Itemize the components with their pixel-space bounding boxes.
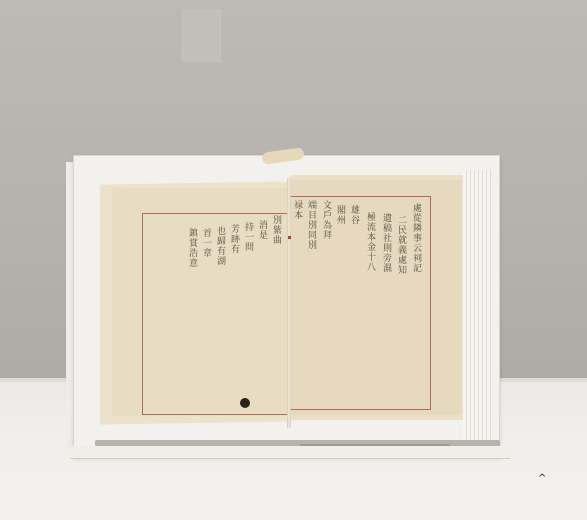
- manuscript-column: 遺稿社則旁濕: [382, 213, 391, 273]
- manuscript-column: 持一問: [244, 222, 253, 252]
- manuscript-title: 處從隣事云祠記: [412, 203, 421, 273]
- manuscript-column: 閣州: [336, 205, 345, 225]
- manuscript-column: 也歸有湖: [216, 226, 225, 266]
- manuscript-column: 二民就義處知: [397, 215, 406, 275]
- manuscript-column: 雄谷: [350, 205, 359, 225]
- page-block-edge: [463, 170, 491, 440]
- manuscript-column: 別紫曲: [272, 215, 281, 245]
- manuscript-column: 鎮賞浩意: [188, 228, 197, 268]
- manuscript-column: 芳跡有: [230, 224, 239, 254]
- manuscript-column: 禄本: [293, 200, 302, 220]
- stand-base: [70, 446, 510, 459]
- manuscript-column: 文戶為拜: [322, 200, 331, 240]
- manuscript-column: 極流本金十八: [366, 212, 375, 272]
- wall-plaque: [182, 10, 221, 62]
- red-mark: [288, 236, 291, 239]
- manuscript-column: 消是: [258, 220, 267, 240]
- ledge-mark: ^: [538, 473, 546, 484]
- ink-seal: [240, 398, 250, 408]
- manuscript-column: 端目別同別: [307, 200, 316, 250]
- manuscript-column: 首一章: [202, 228, 211, 258]
